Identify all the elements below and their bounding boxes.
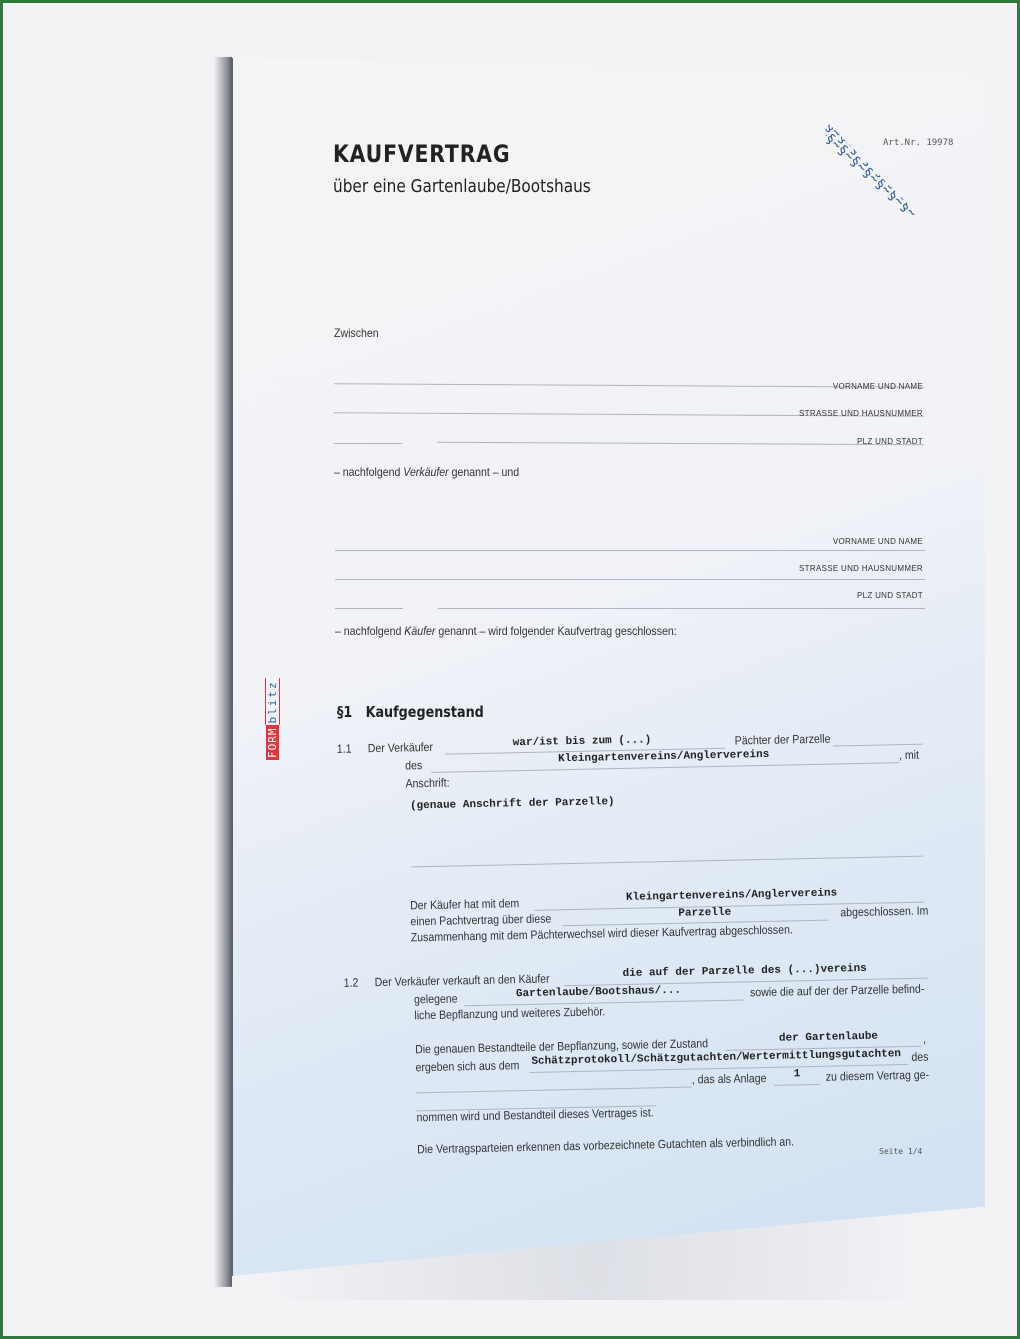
p12-text-9: , das als Anlage bbox=[692, 1071, 767, 1087]
p11-text-5: Anschrift: bbox=[405, 776, 449, 791]
section-1-body: 1.1 Der Verkäufer war/ist bis zum (...) … bbox=[218, 44, 995, 1277]
p11-text-4: , mit bbox=[899, 748, 919, 762]
brand-blitz: blitz bbox=[265, 678, 280, 725]
p11-address-line[interactable] bbox=[411, 856, 923, 868]
p12-fill-4b-line[interactable] bbox=[416, 1087, 692, 1094]
p12-text-7: ergeben sich aus dem bbox=[415, 1058, 519, 1074]
p11-parcel-line[interactable] bbox=[833, 744, 923, 747]
p12-text-10: zu diesem Vertrag ge- bbox=[826, 1068, 930, 1084]
page-number: Seite 1/4 bbox=[879, 1147, 922, 1156]
p11-fill-3[interactable]: (genaue Anschrift der Parzelle) bbox=[410, 796, 615, 812]
p11-text-7: einen Pachtvertrag über diese bbox=[410, 911, 551, 928]
p11-fill-1[interactable]: war/ist bis zum (...) bbox=[513, 734, 652, 749]
p11-text-8: abgeschlossen. Im bbox=[840, 904, 928, 920]
p11-number: 1.1 bbox=[337, 742, 352, 756]
page-left-edge bbox=[214, 57, 232, 1287]
p12-text-3: sowie die auf der der Parzelle befind- bbox=[750, 982, 925, 1000]
p12-fill-1[interactable]: die auf der Parzelle des (...)vereins bbox=[622, 963, 866, 980]
p12-text-4: liche Bepflanzung und weiteres Zubehör. bbox=[414, 1004, 605, 1022]
p12-fill-3[interactable]: der Gartenlaube bbox=[779, 1031, 878, 1045]
p12-text-2: gelegene bbox=[414, 991, 458, 1006]
p12-text-1: Der Verkäufer verkauft an den Käufer bbox=[375, 972, 550, 990]
p11-fill-4[interactable]: Kleingartenvereins/Anglervereins bbox=[626, 887, 837, 903]
p11-text-1: Der Verkäufer bbox=[368, 740, 433, 755]
p12-fill-5-line[interactable] bbox=[774, 1084, 820, 1086]
p12-text-11: nommen wird und Bestandteil dieses Vertr… bbox=[416, 1105, 653, 1124]
brand-form: FORM bbox=[266, 726, 279, 761]
formblitz-logo: FORMblitz bbox=[265, 664, 280, 760]
p11-text-6: Der Käufer hat mit dem bbox=[410, 896, 519, 912]
p12-text-8: des bbox=[911, 1050, 928, 1064]
p12-number: 1.2 bbox=[344, 976, 359, 990]
p11-text-3: des bbox=[405, 758, 422, 772]
p12-text-6: , bbox=[923, 1032, 926, 1046]
p12-text-12: Die Vertragsparteien erkennen das vorbez… bbox=[417, 1134, 794, 1156]
p11-text-2: Pächter der Parzelle bbox=[735, 732, 831, 748]
p12-fill-5[interactable]: 1 bbox=[794, 1068, 801, 1080]
p12-fill-2[interactable]: Gartenlaube/Bootshaus/... bbox=[516, 985, 681, 1000]
p11-fill-5[interactable]: Parzelle bbox=[678, 907, 731, 920]
contract-page: KAUFVERTRAG über eine Gartenlaube/Bootsh… bbox=[231, 58, 985, 1276]
p11-fill-2-line[interactable] bbox=[431, 762, 899, 773]
